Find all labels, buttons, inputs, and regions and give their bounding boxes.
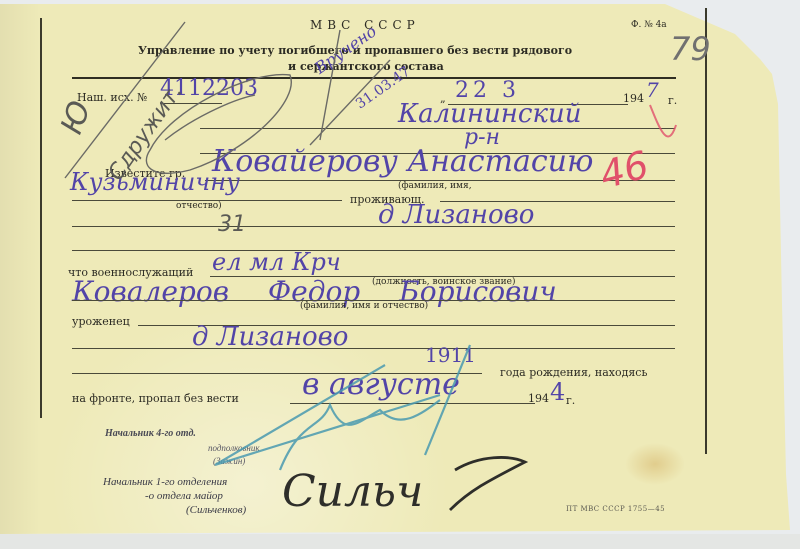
scan-background [0,534,800,549]
year-unit: г. [668,94,677,107]
signer-name: (Сильченков) [186,504,246,516]
left-margin-rule [40,18,42,418]
missing-year-unit: г. [566,394,575,407]
hint-soldier-name: (фамилия, имя и отчество) [300,301,428,311]
outgoing-label: Наш. исх. № [77,91,147,104]
soldier-rank: ел мл Крч [212,248,341,276]
signer-title-line2: -о отдела майор [145,490,223,502]
printer-mark: ПТ МВС СССР 1755—45 [566,505,665,513]
hint-name: (фамилия, имя, [398,181,472,191]
rule-4 [72,250,675,251]
pencil-margin-number: 31 [218,212,246,237]
year-prefix: 194 [623,92,644,105]
hint-patronymic: отчество) [176,201,222,211]
signature-scribble: Сильч [282,466,423,517]
birth-year: 1911 [425,343,476,367]
rule-3 [72,226,675,227]
recipient-name: Ковайерову Анастасию [212,144,593,179]
missing-year-suffix: 4 [550,378,565,406]
year-suffix: 7 [646,78,659,102]
signer-title-line1: Начальник 1-го отделения [103,476,227,488]
birth-label: года рождения, находясь [500,366,647,379]
missing-year-prefix: 194 [528,392,549,405]
crossed-signer-line1: Начальник 4-го отд. [105,428,196,439]
recipient-patronymic: Кузьминичну [70,168,240,196]
crossed-signer-line2: подполковник [208,443,260,453]
missing-when-line [290,403,535,404]
corner-number: 79 [670,30,711,68]
right-margin-rule [705,8,707,454]
missing-label: на фронте, пропал без вести [72,392,239,405]
missing-when: в августе [302,367,460,402]
rule-5 [72,348,675,349]
rule-1 [200,128,675,129]
form-number: Ф. № 4а [631,20,667,30]
native-label: уроженец [72,315,130,328]
crossed-signer-line3: (Зажин) [213,456,245,466]
